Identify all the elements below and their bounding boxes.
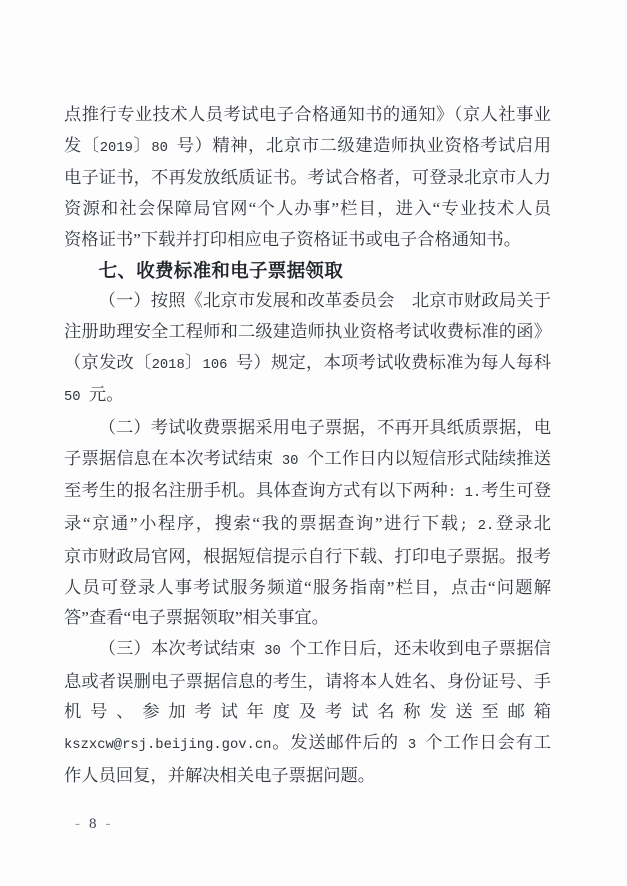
text-line: 点推行专业技术人员考试电子合格通知书的通知》（京人社事业 bbox=[64, 100, 551, 131]
text-line: 录“京通”小程序，搜索“我的票据查询”进行下载; 2.登录北 bbox=[64, 509, 551, 542]
footer-right-dash: - bbox=[106, 816, 111, 833]
page-number: 8 bbox=[89, 816, 97, 833]
latin-text: 80 bbox=[151, 140, 176, 156]
latin-text: 2019 bbox=[100, 140, 133, 156]
latin-text: 3 bbox=[399, 737, 425, 753]
latin-text: 106 bbox=[203, 357, 236, 373]
latin-text: : 1. bbox=[448, 485, 481, 501]
text-line: 电子证书，不再发放纸质证书。考试合格者，可登录北京市人力 bbox=[64, 163, 551, 194]
latin-text: 30 bbox=[273, 453, 307, 469]
latin-text: 2018 bbox=[152, 357, 185, 373]
text-block: 点推行专业技术人员考试电子合格通知书的通知》（京人社事业发〔2019〕80 号）… bbox=[64, 100, 551, 791]
text-line: 京市财政局官网，根据短信提示自行下载、打印电子票据。报考 bbox=[64, 542, 551, 573]
latin-text: 50 bbox=[64, 389, 89, 405]
text-line: （三）本次考试结束 30 个工作日后，还未收到电子票据信 bbox=[64, 634, 551, 667]
text-line: 息或者误删电子票据信息的考生，请将本人姓名、身份证号、手 bbox=[64, 667, 551, 698]
text-line: 注册助理安全工程师和二级建造师执业资格考试收费标准的函》 bbox=[64, 317, 551, 348]
text-line: （京发改〔2018〕106 号）规定，本项考试收费标准为每人每科 bbox=[64, 348, 551, 381]
text-line: 作人员回复，并解决相关电子票据问题。 bbox=[64, 761, 551, 792]
text-line: 50 元。 bbox=[64, 380, 551, 413]
text-line: kszxcw@rsj.beijing.gov.cn。发送邮件后的 3 个工作日会… bbox=[64, 728, 551, 761]
text-line: 资格证书”下载并打印相应电子资格证书或电子合格通知书。 bbox=[64, 225, 551, 256]
latin-text: 30 bbox=[256, 643, 290, 659]
text-line: 发〔2019〕80 号）精神，北京市二级建造师执业资格考试启用 bbox=[64, 131, 551, 164]
text-line: 机号、参加考试年度及考试名称发送至邮箱 bbox=[64, 697, 551, 728]
text-line: 至考生的报名注册手机。具体查询方式有以下两种: 1.考生可登 bbox=[64, 476, 551, 509]
footer-left-dash: - bbox=[75, 816, 80, 833]
text-line: （一）按照《北京市发展和改革委员会 北京市财政局关于 bbox=[64, 286, 551, 317]
text-line: （二）考试收费票据采用电子票据，不再开具纸质票据，电 bbox=[64, 413, 551, 444]
text-line: 答”查看“电子票据领取”相关事宜。 bbox=[64, 603, 551, 634]
text-line: 人员可登录人事考试服务频道“服务指南”栏目，点击“问题解 bbox=[64, 573, 551, 604]
latin-text: kszxcw@rsj.beijing.gov.cn bbox=[64, 737, 271, 753]
document-page: 点推行专业技术人员考试电子合格通知书的通知》（京人社事业发〔2019〕80 号）… bbox=[0, 0, 627, 886]
page-footer: - 8 - bbox=[75, 816, 111, 833]
section-heading: 七、收费标准和电子票据领取 bbox=[64, 256, 551, 287]
text-line: 子票据信息在本次考试结束 30 个工作日内以短信形式陆续推送 bbox=[64, 444, 551, 477]
latin-text: ; 2. bbox=[460, 518, 495, 534]
text-line: 资源和社会保障局官网“个人办事”栏目，进入“专业技术人员 bbox=[64, 194, 551, 225]
